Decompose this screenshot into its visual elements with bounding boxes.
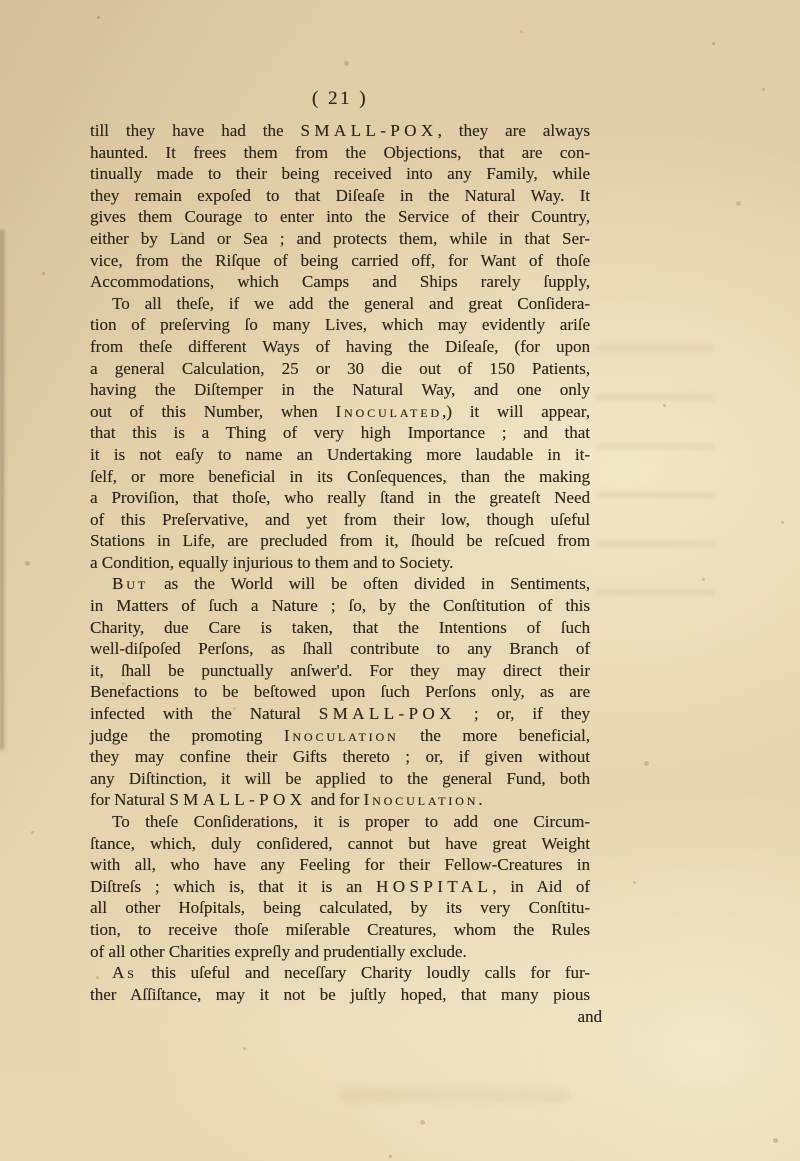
gutter-shadow <box>0 230 7 750</box>
text-segment: this uſeful and neceſſary Charity loudly… <box>137 963 590 982</box>
text-segment: But <box>112 574 148 593</box>
text-segment: out of this Number, when <box>90 402 335 421</box>
text-segment: Inoculation <box>364 790 479 809</box>
text-segment: ther Aſſiſtance, may it not be juſtly ho… <box>90 985 590 1004</box>
text-segment: tinually made to their being received in… <box>90 164 590 183</box>
text-segment: Diſtreſs ; which is, that it is an <box>90 877 376 896</box>
text-line: it is not eaſy to name an Undertaking mo… <box>90 444 590 466</box>
text-line: they remain expoſed to that Diſeaſe in t… <box>90 185 590 207</box>
text-line: out of this Number, when Inoculated,) it… <box>90 401 590 423</box>
text-line: Stations in Life, are precluded from it,… <box>90 530 590 552</box>
text-line: Accommodations, which Camps and Ships ra… <box>90 271 590 293</box>
text-line: Benefactions to be beſtowed upon ſuch Pe… <box>90 681 590 703</box>
text-segment: To all theſe, if we add the general and … <box>112 294 590 313</box>
text-line: Charity, due Care is taken, that the Int… <box>90 617 590 639</box>
text-line: with all, who have any Feeling for their… <box>90 854 590 876</box>
text-segment: all other Hoſpitals, being calculated, b… <box>90 898 590 917</box>
text-segment: a Condition, equally injurious to them a… <box>90 553 453 572</box>
text-segment: they may confine their Gifts thereto ; o… <box>90 747 590 766</box>
text-segment: SMALL-POX <box>300 121 437 140</box>
book-page: ( 21 ) till they have had the SMALL-POX,… <box>0 0 800 1161</box>
text-line: from theſe different Ways of having the … <box>90 336 590 358</box>
text-segment: ſtance, which, duly conſidered, cannot b… <box>90 834 590 853</box>
text-line: they may confine their Gifts thereto ; o… <box>90 746 590 768</box>
text-line: As this uſeful and neceſſary Charity lou… <box>90 962 590 984</box>
text-line: judge the promoting Inoculation the more… <box>90 725 590 747</box>
text-segment: , they are always <box>438 121 590 140</box>
text-line: vice, from the Riſque of being carried o… <box>90 250 590 272</box>
text-segment: Inoculation <box>284 726 399 745</box>
text-line: either by Land or Sea ; and protects the… <box>90 228 590 250</box>
text-segment: till they have had the <box>90 121 300 140</box>
text-segment: ,) it will appear, <box>442 402 590 421</box>
text-segment: infected with the Natural <box>90 704 319 723</box>
text-line: infected with the Natural SMALL-POX ; or… <box>90 703 590 725</box>
text-line: having the Diſtemper in the Natural Way,… <box>90 379 590 401</box>
text-segment: tion of preſerving ſo many Lives, which … <box>90 315 590 334</box>
text-line: all other Hoſpitals, being calculated, b… <box>90 897 590 919</box>
text-segment: vice, from the Riſque of being carried o… <box>90 251 590 270</box>
text-segment: a Proviſion, that thoſe, who really ſtan… <box>90 488 590 507</box>
text-line: any Diſtinction, it will be applied to t… <box>90 768 590 790</box>
text-line: To all theſe, if we add the general and … <box>90 293 590 315</box>
text-segment: of all other Charities expreſly and prud… <box>90 942 467 961</box>
text-segment: either by Land or Sea ; and protects the… <box>90 229 590 248</box>
text-segment: . <box>478 790 482 809</box>
text-segment: and for <box>306 790 363 809</box>
text-line: for Natural SMALL-POX and for Inoculatio… <box>90 789 590 811</box>
text-line: Diſtreſs ; which is, that it is an HOSPI… <box>90 876 590 898</box>
text-line: of all other Charities expreſly and prud… <box>90 941 590 963</box>
text-segment: of this Preſervative, and yet from their… <box>90 510 590 529</box>
text-line: well-diſpoſed Perſons, as ſhall contribu… <box>90 638 590 660</box>
text-line: a Condition, equally injurious to them a… <box>90 552 590 574</box>
text-segment: gives them Courage to enter into the Ser… <box>90 207 590 226</box>
text-segment: , in Aid of <box>492 877 590 896</box>
page-number: ( 21 ) <box>90 88 590 110</box>
text-segment: ; or, if they <box>456 704 590 723</box>
text-segment: that this is a Thing of very high Import… <box>90 423 590 442</box>
text-line: ſelf, or more beneficial in its Conſeque… <box>90 466 590 488</box>
verso-showthrough <box>596 345 714 635</box>
text-line: of this Preſervative, and yet from their… <box>90 509 590 531</box>
text-segment: Stations in Life, are precluded from it,… <box>90 531 590 550</box>
text-segment: it is not eaſy to name an Undertaking mo… <box>90 445 590 464</box>
text-line: tion of preſerving ſo many Lives, which … <box>90 314 590 336</box>
foxing-spots <box>0 0 3 3</box>
text-segment: with all, who have any Feeling for their… <box>90 855 590 874</box>
text-line: in Matters of ſuch a Nature ; ſo, by the… <box>90 595 590 617</box>
text-segment: SMALL-POX <box>169 790 306 809</box>
text-segment: judge the promoting <box>90 726 284 745</box>
text-line: ther Aſſiſtance, may it not be juſtly ho… <box>90 984 590 1006</box>
text-segment: SMALL-POX <box>319 704 456 723</box>
text-segment: tion, to receive thoſe miſerable Creatur… <box>90 920 590 939</box>
text-line: ſtance, which, duly conſidered, cannot b… <box>90 833 590 855</box>
text-line: it, ſhall be punctually anſwer'd. For th… <box>90 660 590 682</box>
text-line: To theſe Conſiderations, it is proper to… <box>90 811 590 833</box>
text-line: till they have had the SMALL-POX, they a… <box>90 120 590 142</box>
text-segment: any Diſtinction, it will be applied to t… <box>90 769 590 788</box>
text-segment: ſelf, or more beneficial in its Conſeque… <box>90 467 590 486</box>
text-segment: Accommodations, which Camps and Ships ra… <box>90 272 590 291</box>
text-segment: as the World will be often divided in Se… <box>148 574 590 593</box>
text-block: till they have had the SMALL-POX, they a… <box>90 120 590 1005</box>
text-line: gives them Courage to enter into the Ser… <box>90 206 590 228</box>
text-segment: for Natural <box>90 790 169 809</box>
text-segment: having the Diſtemper in the Natural Way,… <box>90 380 590 399</box>
catchword: and <box>90 1007 602 1027</box>
text-segment: Benefactions to be beſtowed upon ſuch Pe… <box>90 682 590 701</box>
text-line: tinually made to their being received in… <box>90 163 590 185</box>
text-segment: To theſe Conſiderations, it is proper to… <box>112 812 590 831</box>
text-line: tion, to receive thoſe miſerable Creatur… <box>90 919 590 941</box>
text-segment: well-diſpoſed Perſons, as ſhall contribu… <box>90 639 590 658</box>
text-segment: the more beneficial, <box>399 726 590 745</box>
text-segment: Charity, due Care is taken, that the Int… <box>90 618 590 637</box>
text-segment: Inoculated <box>335 402 442 421</box>
text-line: But as the World will be often divided i… <box>90 573 590 595</box>
text-segment: a general Calculation, 25 or 30 die out … <box>90 359 590 378</box>
text-line: a general Calculation, 25 or 30 die out … <box>90 358 590 380</box>
text-segment: from theſe different Ways of having the … <box>90 337 590 356</box>
verso-showthrough-bottom <box>340 1088 570 1102</box>
text-segment: they remain expoſed to that Diſeaſe in t… <box>90 186 590 205</box>
text-segment: HOSPITAL <box>376 877 492 896</box>
text-segment: As <box>112 963 137 982</box>
text-line: that this is a Thing of very high Import… <box>90 422 590 444</box>
text-segment: it, ſhall be punctually anſwer'd. For th… <box>90 661 590 680</box>
text-line: haunted. It frees them from the Objectio… <box>90 142 590 164</box>
text-segment: in Matters of ſuch a Nature ; ſo, by the… <box>90 596 590 615</box>
text-line: a Proviſion, that thoſe, who really ſtan… <box>90 487 590 509</box>
text-segment: haunted. It frees them from the Objectio… <box>90 143 590 162</box>
